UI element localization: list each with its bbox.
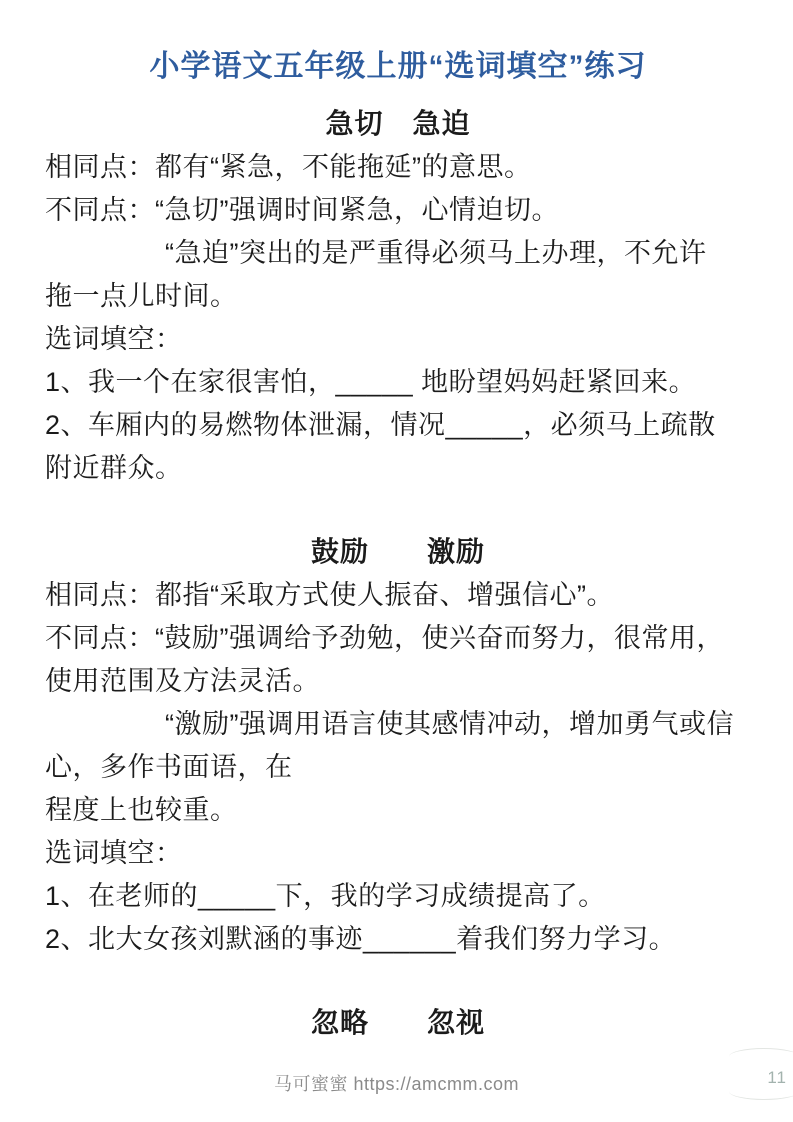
footer-watermark: 马可蜜蜜 https://amcmm.com: [0, 1070, 793, 1096]
text-line: 附近群众。: [45, 447, 751, 490]
text-line: 程度上也较重。: [45, 789, 751, 832]
page-title: 小学语文五年级上册“选词填空”练习: [45, 46, 751, 88]
text-line: 相同点：都有“紧急，不能拖延”的意思。: [45, 146, 751, 189]
worksheet-page: 小学语文五年级上册“选词填空”练习 急切 急迫 相同点：都有“紧急，不能拖延”的…: [0, 0, 793, 1122]
page-curl-decoration: [729, 1083, 793, 1100]
text-line: 相同点：都指“采取方式使人振奋、增强信心”。: [45, 574, 751, 617]
fill-blank-question-1: 1、在老师的_____下，我的学习成绩提高了。: [45, 875, 751, 918]
page-number-badge: 11: [743, 1046, 791, 1104]
section-heading: 忽略 忽视: [45, 1001, 751, 1045]
text-line: 不同点：“鼓励”强调给予劲勉，使兴奋而努力，很常用，: [45, 617, 751, 660]
exercise-label: 选词填空：: [45, 832, 751, 875]
fill-blank-question-2: 2、车厢内的易燃物体泄漏，情况_____，必须马上疏散: [45, 404, 751, 447]
fill-blank-question-2: 2、北大女孩刘默涵的事迹______着我们努力学习。: [45, 918, 751, 961]
fill-blank-question-1: 1、我一个在家很害怕，_____ 地盼望妈妈赶紧回来。: [45, 361, 751, 404]
section-jiqie-jipo: 急切 急迫 相同点：都有“紧急，不能拖延”的意思。 不同点：“急切”强调时间紧急…: [45, 102, 751, 490]
text-line: “激励”强调用语言使其感情冲动，增加勇气或信: [45, 703, 751, 746]
section-guli-jili: 鼓励 激励 相同点：都指“采取方式使人振奋、增强信心”。 不同点：“鼓励”强调给…: [45, 530, 751, 961]
text-line: 使用范围及方法灵活。: [45, 660, 751, 703]
section-hulue-hushi: 忽略 忽视: [45, 1001, 751, 1045]
text-line: 拖一点儿时间。: [45, 275, 751, 318]
section-heading: 急切 急迫: [45, 102, 751, 146]
text-line: 心，多作书面语，在: [45, 746, 751, 789]
exercise-label: 选词填空：: [45, 318, 751, 361]
text-line: “急迫”突出的是严重得必须马上办理，不允许: [45, 232, 751, 275]
text-line: 不同点：“急切”强调时间紧急，心情迫切。: [45, 189, 751, 232]
page-curl-decoration: [729, 1048, 793, 1065]
section-heading: 鼓励 激励: [45, 530, 751, 574]
